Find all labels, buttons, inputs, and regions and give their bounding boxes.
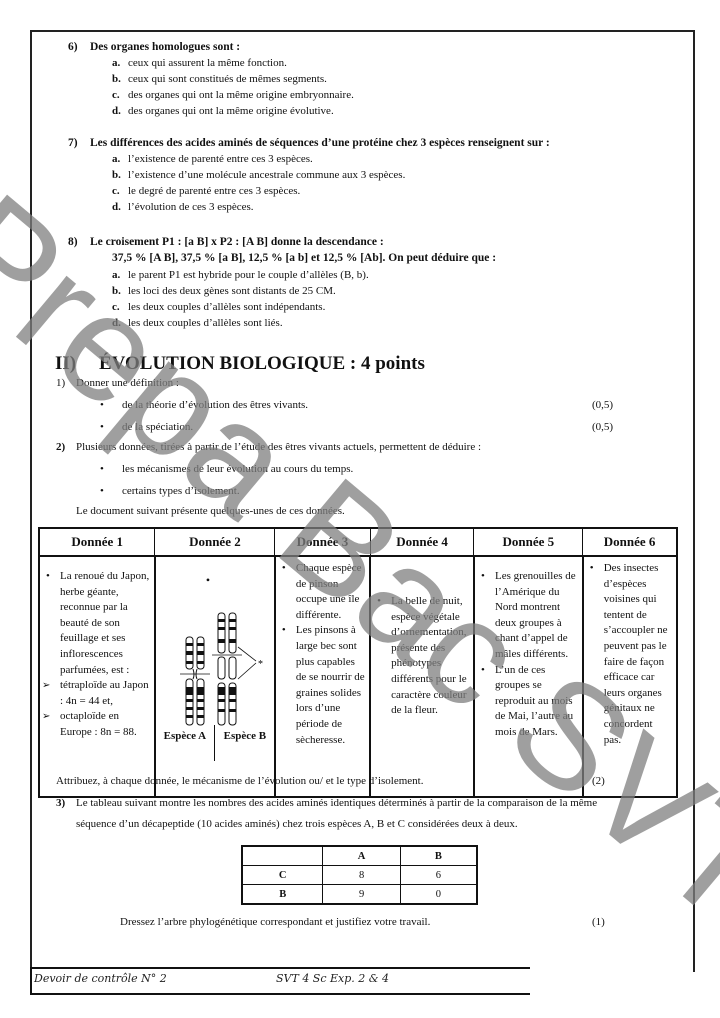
question-number: 8) — [68, 236, 90, 248]
instruction-text: Dressez l’arbre phylogénétique correspon… — [120, 916, 430, 928]
points: (2) — [592, 775, 605, 787]
cell-donnee-3: Chaque espèce de pinson occupe une île d… — [275, 556, 370, 797]
instruction-text: Attribuez, à chaque donnée, le mécanisme… — [56, 775, 423, 787]
header-donnee-5: Donnée 5 — [474, 528, 583, 556]
footer-rule-top — [30, 967, 530, 969]
document-intro: Le document suivant présente quelques-un… — [76, 505, 345, 517]
footer-left: Devoir de contrôle N° 2 — [34, 972, 167, 985]
option-c: c.les deux couples d’allèles sont indépe… — [112, 299, 496, 315]
header-donnee-6: Donnée 6 — [583, 528, 677, 556]
header-donnee-4: Donnée 4 — [370, 528, 474, 556]
option-d: d.l’évolution de ces 3 espèces. — [112, 199, 550, 215]
chromosomes-diagram: * — [156, 579, 274, 729]
points: (0,5) — [592, 399, 613, 411]
option-d: d.des organes qui ont la même origine év… — [112, 103, 354, 119]
svg-text:*: * — [258, 659, 263, 670]
question-7: 7)Les différences des acides aminés de s… — [68, 133, 550, 215]
header-donnee-1: Donnée 1 — [39, 528, 155, 556]
question-3-line2: séquence d’un décapeptide (10 acides ami… — [76, 818, 518, 830]
option-b: b.les loci des deux gènes sont distants … — [112, 283, 496, 299]
option-a: a.l’existence de parenté entre ces 3 esp… — [112, 151, 550, 167]
col-header-b: B — [400, 846, 477, 866]
cell-donnee-2: • — [155, 556, 275, 797]
question-title: Les différences des acides aminés de séq… — [90, 137, 550, 149]
cell-donnee-6: Des insectes d’espèces voisines qui tent… — [583, 556, 677, 797]
cell-donnee-4: La belle de nuit, espèce végétale d’orne… — [370, 556, 474, 797]
definition-item: •de la théorie d’évolution des êtres viv… — [100, 399, 620, 411]
points: (1) — [592, 916, 605, 928]
option-a: a.le parent P1 est hybride pour le coupl… — [112, 267, 496, 283]
question-6: 6)Des organes homologues sont : a.ceux q… — [68, 37, 354, 119]
label-espece-a: Espèce A — [156, 729, 214, 745]
question-3: 3)Le tableau suivant montre les nombres … — [56, 797, 686, 809]
option-a: a.ceux qui assurent la même fonction. — [112, 55, 354, 71]
cell-donnee-5: Les grenouilles de l’Amérique du Nord mo… — [474, 556, 583, 797]
option-c: c.des organes qui ont la même origine em… — [112, 87, 354, 103]
definition-item: •de la spéciation. (0,5) — [100, 421, 620, 433]
points: (0,5) — [592, 421, 613, 433]
col-header-a: A — [323, 846, 400, 866]
footer-rule-bottom — [30, 993, 530, 995]
label-espece-b: Espèce B — [216, 729, 274, 745]
data-table: Donnée 1 Donnée 2 Donnée 3 Donnée 4 Donn… — [38, 527, 678, 798]
question-8: 8)Le croisement P1 : [a B] x P2 : [A B] … — [68, 232, 496, 331]
option-b: b.ceux qui sont constitués de mêmes segm… — [112, 71, 354, 87]
option-d: d.les deux couples d’allèles sont liés. — [112, 315, 496, 331]
option-b: b.l’existence d’une molécule ancestrale … — [112, 167, 550, 183]
question-number: 6) — [68, 41, 90, 53]
header-donnee-3: Donnée 3 — [275, 528, 370, 556]
table-row: B 9 0 — [242, 885, 477, 905]
deduce-item: •certains types d’isolement. — [100, 485, 240, 497]
header-donnee-2: Donnée 2 — [155, 528, 275, 556]
option-c: c.le degré de parenté entre ces 3 espèce… — [112, 183, 550, 199]
section-title: II)ÉVOLUTION BIOLOGIQUE : 4 points — [55, 353, 425, 375]
question-1: 1)Donner une définition : — [56, 377, 179, 389]
question-title: Le croisement P1 : [a B] x P2 : [A B] do… — [90, 236, 384, 248]
table-row: C 8 6 — [242, 866, 477, 885]
question-2: 2)Plusieurs données, tirées à partir de … — [56, 441, 481, 453]
amino-acid-table: A B C 8 6 B 9 0 — [241, 845, 478, 905]
question-number: 7) — [68, 137, 90, 149]
footer-center: SVT 4 Sc Exp. 2 & 4 — [276, 972, 389, 985]
question-title: Des organes homologues sont : — [90, 41, 240, 53]
cell-donnee-1: La renoué du Japon, herbe géante, reconn… — [39, 556, 155, 797]
question-subtitle: 37,5 % [A B], 37,5 % [a B], 12,5 % [a b]… — [112, 250, 496, 267]
deduce-item: •les mécanismes de leur évolution au cou… — [100, 463, 353, 475]
